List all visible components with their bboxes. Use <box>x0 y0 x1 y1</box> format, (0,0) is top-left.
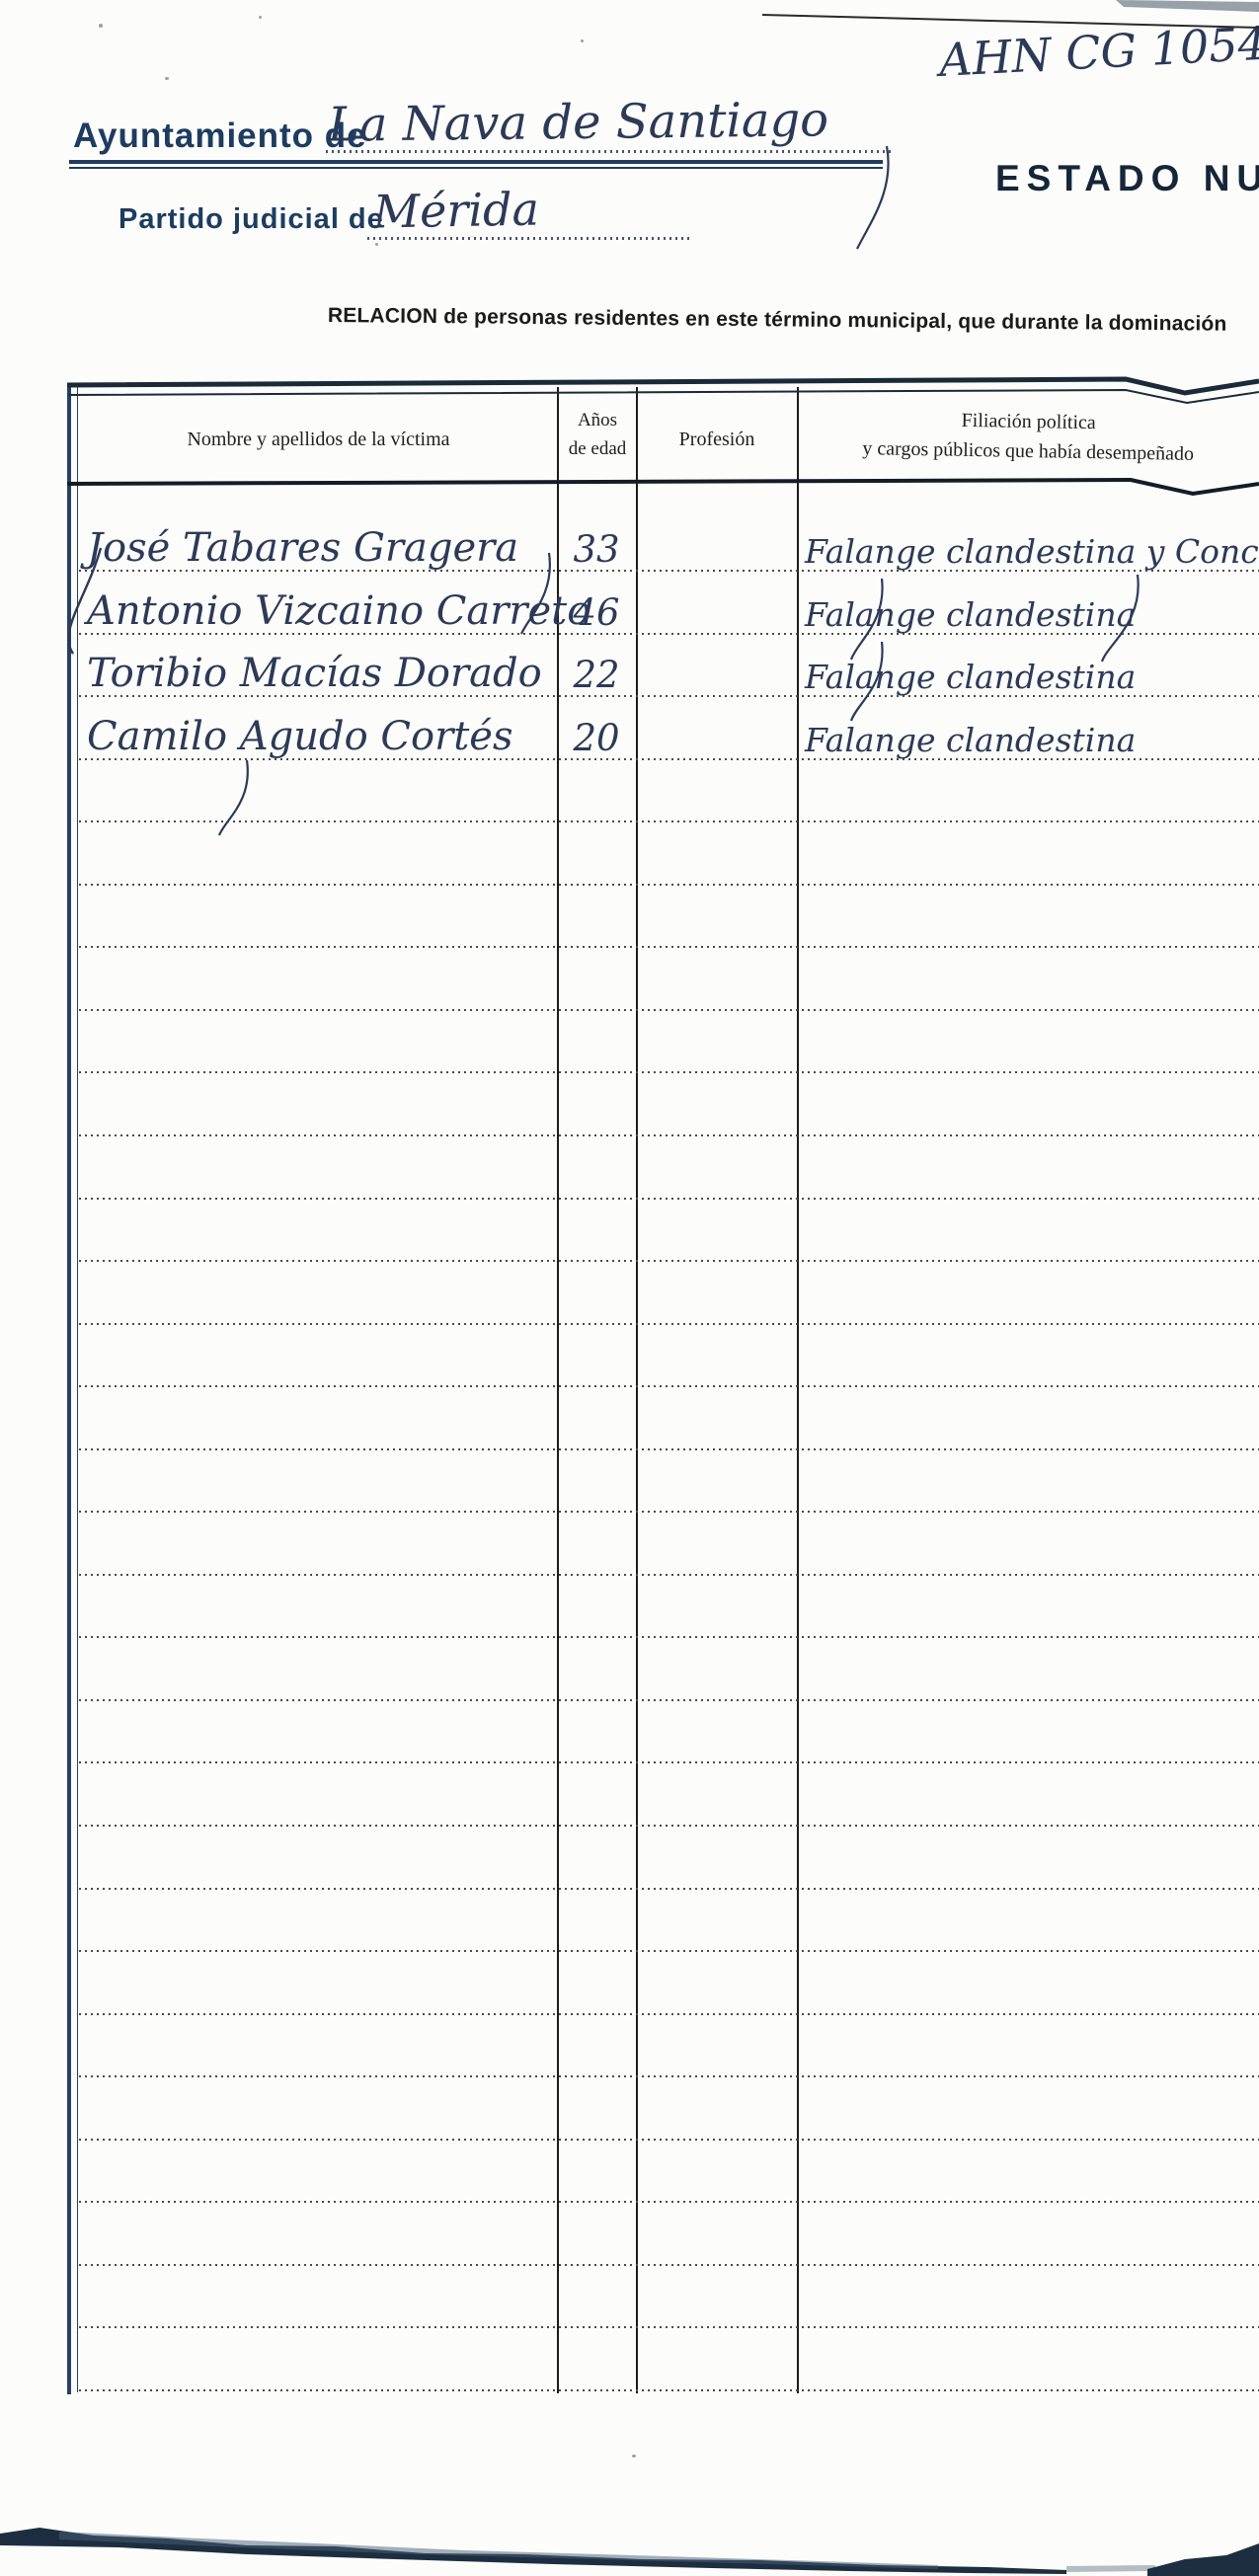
table-row-ruling <box>79 1448 1259 1450</box>
top-right-corner-streak <box>1116 0 1259 12</box>
scanned-document-page: AHN CG 1054-1 Ayuntamiento de La Nava de… <box>0 0 1259 2576</box>
table-row-ruling <box>79 2326 1259 2328</box>
table-row-ruling <box>79 2013 1259 2015</box>
bottom-right-smear-blob <box>1147 2543 1259 2576</box>
victim-name-cell: Antonio Vizcaino Carreto <box>87 591 590 631</box>
table-header-bottom-rule <box>67 480 1259 494</box>
table-header-age-line2: de edad <box>557 435 638 464</box>
age-cell: 46 <box>573 594 619 631</box>
table-top-border-inner <box>69 390 1259 403</box>
table-row-ruling <box>79 1511 1259 1513</box>
table-row-ruling <box>79 1009 1259 1011</box>
table-row-ruling <box>79 2075 1259 2077</box>
table-row-ruling <box>79 820 1259 822</box>
table-row-ruling <box>79 1574 1259 1576</box>
table-column-divider-2 <box>636 387 638 2393</box>
scan-speck <box>165 77 169 80</box>
table-row: Falange clandestina y Concejal <box>805 514 1259 568</box>
table-row-ruling <box>79 2264 1259 2266</box>
table-row: Falange clandestina <box>805 703 1259 756</box>
estado-heading: ESTADO NU <box>995 158 1259 199</box>
table-header-victim-name: Nombre y apellidos de la víctima <box>89 425 548 454</box>
table-row: Toribio Macías Dorado <box>87 640 551 693</box>
table-row-ruling <box>79 1198 1259 1200</box>
age-cell: 20 <box>573 720 619 756</box>
municipality-value-handwriting: La Nava de Santiago <box>328 96 829 148</box>
affiliation-cell: Falange clandestina <box>805 724 1136 756</box>
archive-reference-handwriting: AHN CG 1054-1 <box>938 18 1259 83</box>
table-row: Antonio Vizcaino Carreto <box>87 578 551 631</box>
table-row-ruling <box>79 884 1259 886</box>
age-cell: 22 <box>573 657 619 693</box>
judicial-district-value-handwriting: Mérida <box>373 187 540 235</box>
affiliation-cell: Falange clandestina y Concejal <box>805 535 1259 568</box>
age-cell: 33 <box>573 531 619 568</box>
municipality-label: Ayuntamiento de <box>73 117 367 156</box>
table-row: 20 <box>558 703 635 756</box>
table-row-ruling <box>79 1385 1259 1387</box>
table-left-border-inner <box>77 387 78 2392</box>
table-row-ruling <box>79 2389 1259 2391</box>
table-row-ruling <box>79 1134 1259 1136</box>
table-row-ruling <box>79 2139 1259 2141</box>
bottom-smear-texture <box>59 2532 938 2569</box>
table-row: Falange clandestina <box>805 640 1259 693</box>
table-row: 22 <box>558 640 635 693</box>
table-top-border-outer <box>67 379 1259 393</box>
relacion-intro-line: RELACION de personas residentes en este … <box>328 304 1227 337</box>
victim-name-cell: Toribio Macías Dorado <box>87 654 542 693</box>
table-row-ruling <box>79 1260 1259 1262</box>
heading-rule-bottom <box>69 167 883 169</box>
table-row-ruling <box>79 1636 1259 1638</box>
table-header-profession: Profesión <box>638 425 796 454</box>
table-left-border-outer <box>67 385 71 2394</box>
table-row-ruling <box>79 2201 1259 2203</box>
table-row-ruling <box>79 1888 1259 1890</box>
table-row-ruling <box>79 1761 1259 1763</box>
victim-name-cell: Camilo Agudo Cortés <box>87 717 513 756</box>
scan-speck <box>375 243 378 246</box>
table-row-ruling <box>79 1825 1259 1827</box>
table-row-ruling <box>79 1323 1259 1325</box>
table-row: 46 <box>558 578 635 631</box>
heading-rule-top <box>69 160 883 164</box>
table-row: José Tabares Gragera <box>87 514 551 568</box>
table-row: Camilo Agudo Cortés <box>87 703 551 756</box>
scan-speck <box>632 2455 636 2458</box>
table-row-ruling <box>79 1699 1259 1701</box>
bottom-smear-band <box>0 2528 1066 2574</box>
table-header-affiliation: Filiación política y cargos públicos que… <box>801 403 1256 470</box>
flourish-camilo-descender <box>219 760 248 835</box>
scan-speck <box>99 24 103 28</box>
victim-name-cell: José Tabares Gragera <box>87 528 518 568</box>
scan-speck <box>259 16 262 19</box>
table-column-divider-3 <box>797 387 799 2393</box>
bottom-smear-faint-gap <box>1066 2565 1155 2572</box>
scan-speck <box>581 39 584 42</box>
table-row-ruling <box>79 946 1259 948</box>
table-row-ruling <box>79 1950 1259 1952</box>
affiliation-cell: Falange clandestina <box>805 598 1136 631</box>
table-row: Falange clandestina <box>805 578 1259 631</box>
table-row: 33 <box>558 514 635 568</box>
affiliation-cell: Falange clandestina <box>805 661 1136 693</box>
table-header-age-line1: Años <box>557 407 638 435</box>
table-header-age: Años de edad <box>557 407 638 463</box>
table-row-ruling <box>79 1071 1259 1073</box>
judicial-district-label: Partido judicial de <box>118 203 384 236</box>
scan-artifacts-overlay <box>0 0 1259 2576</box>
